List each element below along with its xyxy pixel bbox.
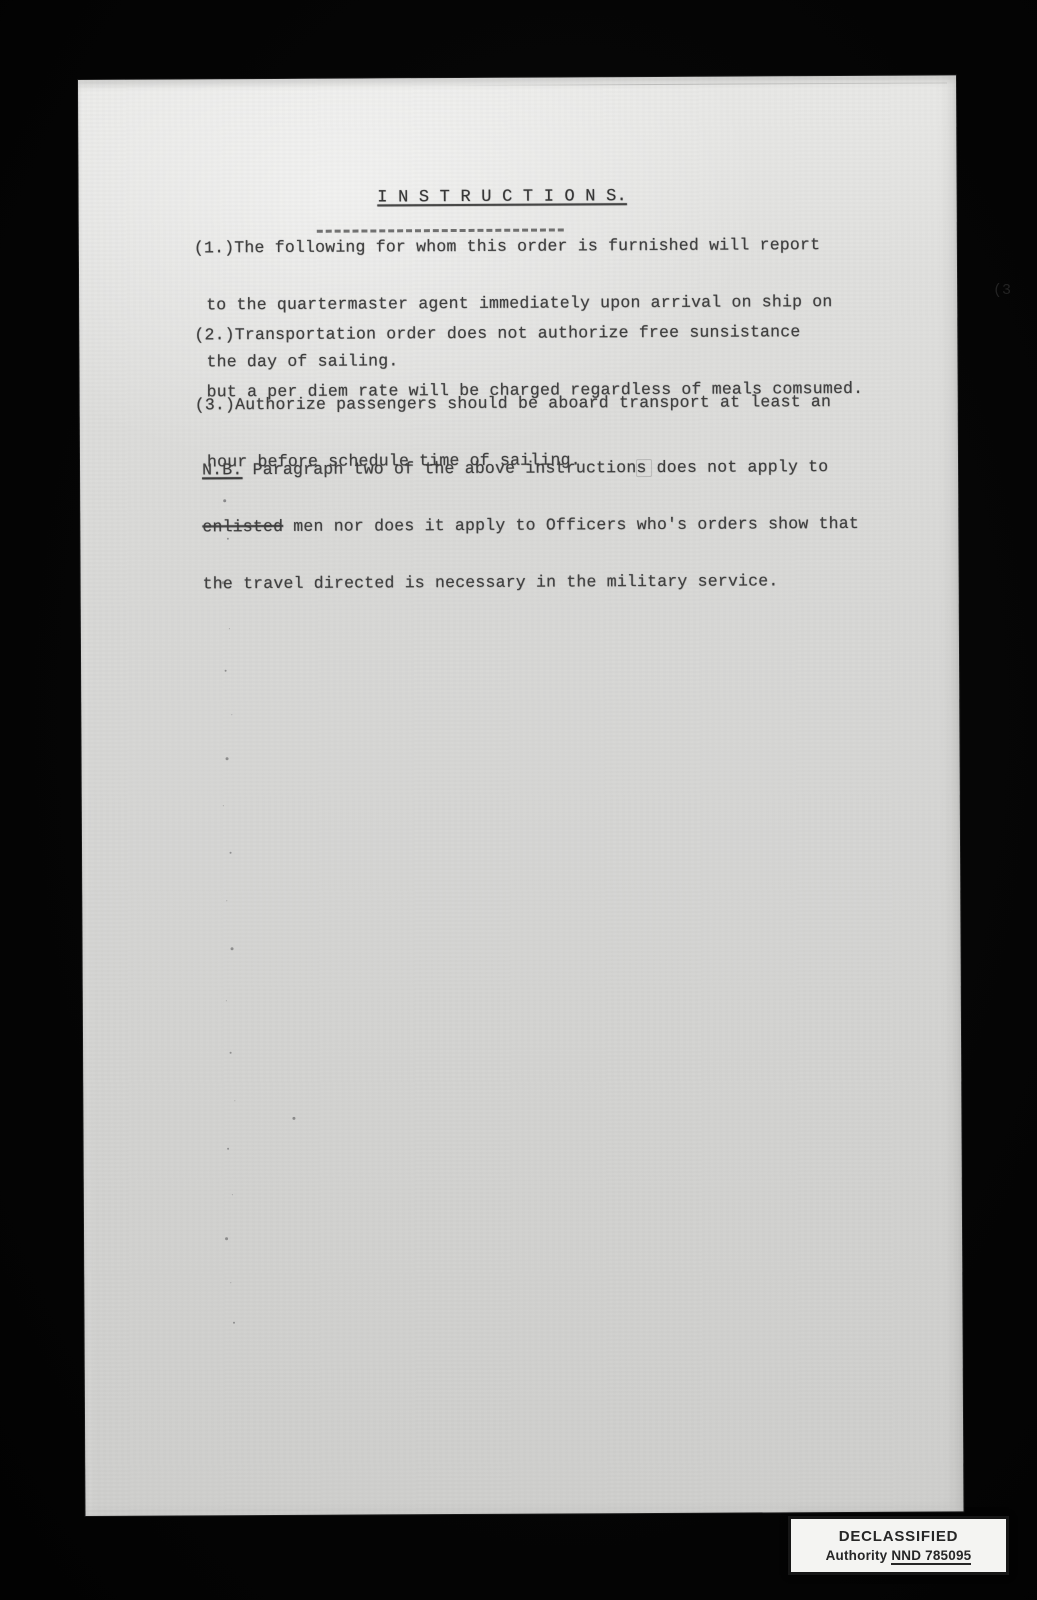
nb-line-1: N.B. Paragraph two of the above instruct… bbox=[202, 457, 859, 479]
nb-line-2-rest: men nor does it apply to Officers who's … bbox=[283, 514, 859, 536]
scanned-document-backdrop: I N S T R U C T I O N S. (1.)The followi… bbox=[0, 0, 1037, 1600]
fold-speckle-dots bbox=[223, 499, 226, 502]
declassified-text: DECLASSIFIED bbox=[839, 1528, 959, 1545]
document-page: I N S T R U C T I O N S. (1.)The followi… bbox=[78, 75, 964, 1516]
nb-struck-word: enlisted bbox=[202, 517, 283, 536]
nb-line-2: enlisted men nor does it apply to Office… bbox=[202, 514, 859, 536]
faint-smudge-box bbox=[636, 459, 652, 477]
authority-number: NND 785095 bbox=[891, 1548, 971, 1565]
backdrop-faint-mark: (3 bbox=[993, 282, 1011, 299]
nb-label: N.B. bbox=[202, 460, 243, 479]
declassified-stamp: DECLASSIFIED Authority NND 785095 bbox=[788, 1516, 1009, 1575]
nota-bene-paragraph: N.B. Paragraph two of the above instruct… bbox=[202, 419, 860, 631]
nb-line-3: the travel directed is necessary in the … bbox=[203, 571, 860, 593]
paragraph-3-line-1: (3.)Authorize passengers should be aboar… bbox=[195, 392, 831, 414]
paragraph-2-line-1: (2.)Transportation order does not author… bbox=[194, 322, 863, 345]
paragraph-1-line-1: (1.)The following for whom this order is… bbox=[194, 235, 832, 257]
authority-label: Authority bbox=[826, 1548, 892, 1563]
nb-line-1-rest: Paragraph two of the above instructions … bbox=[242, 457, 828, 479]
authority-text: Authority NND 785095 bbox=[826, 1548, 972, 1563]
